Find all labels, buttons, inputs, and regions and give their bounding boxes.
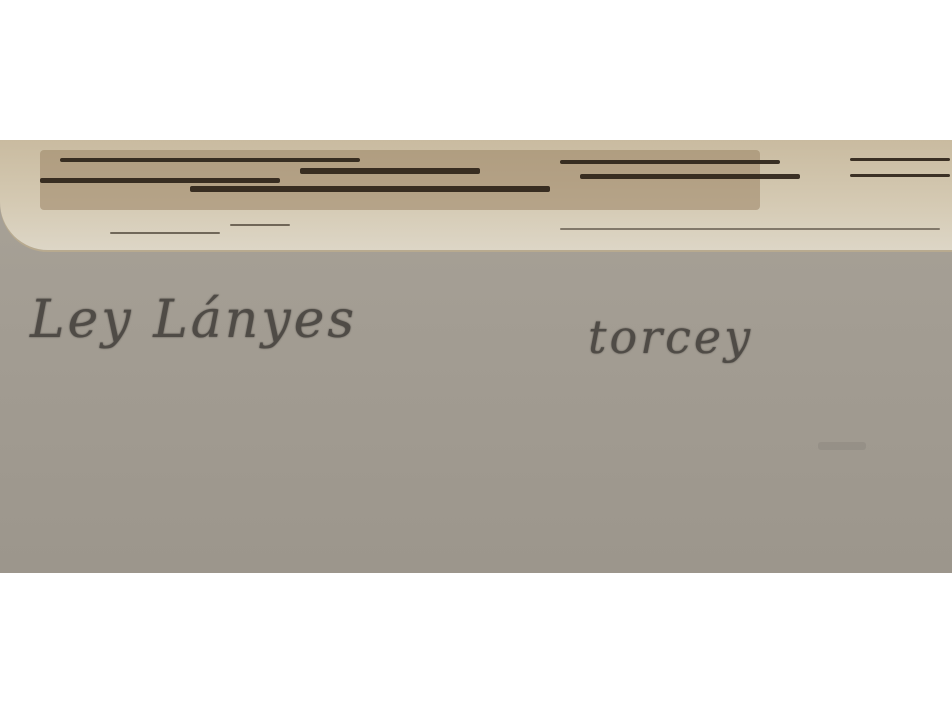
inscription-title: Ley Lányes — [30, 290, 357, 350]
artist-signature: torcey — [588, 310, 753, 364]
pencil-inscription: Ley Lányes torcey — [0, 140, 952, 573]
pencil-mark — [818, 442, 866, 450]
photograph: Ley Lányes torcey — [0, 140, 952, 573]
